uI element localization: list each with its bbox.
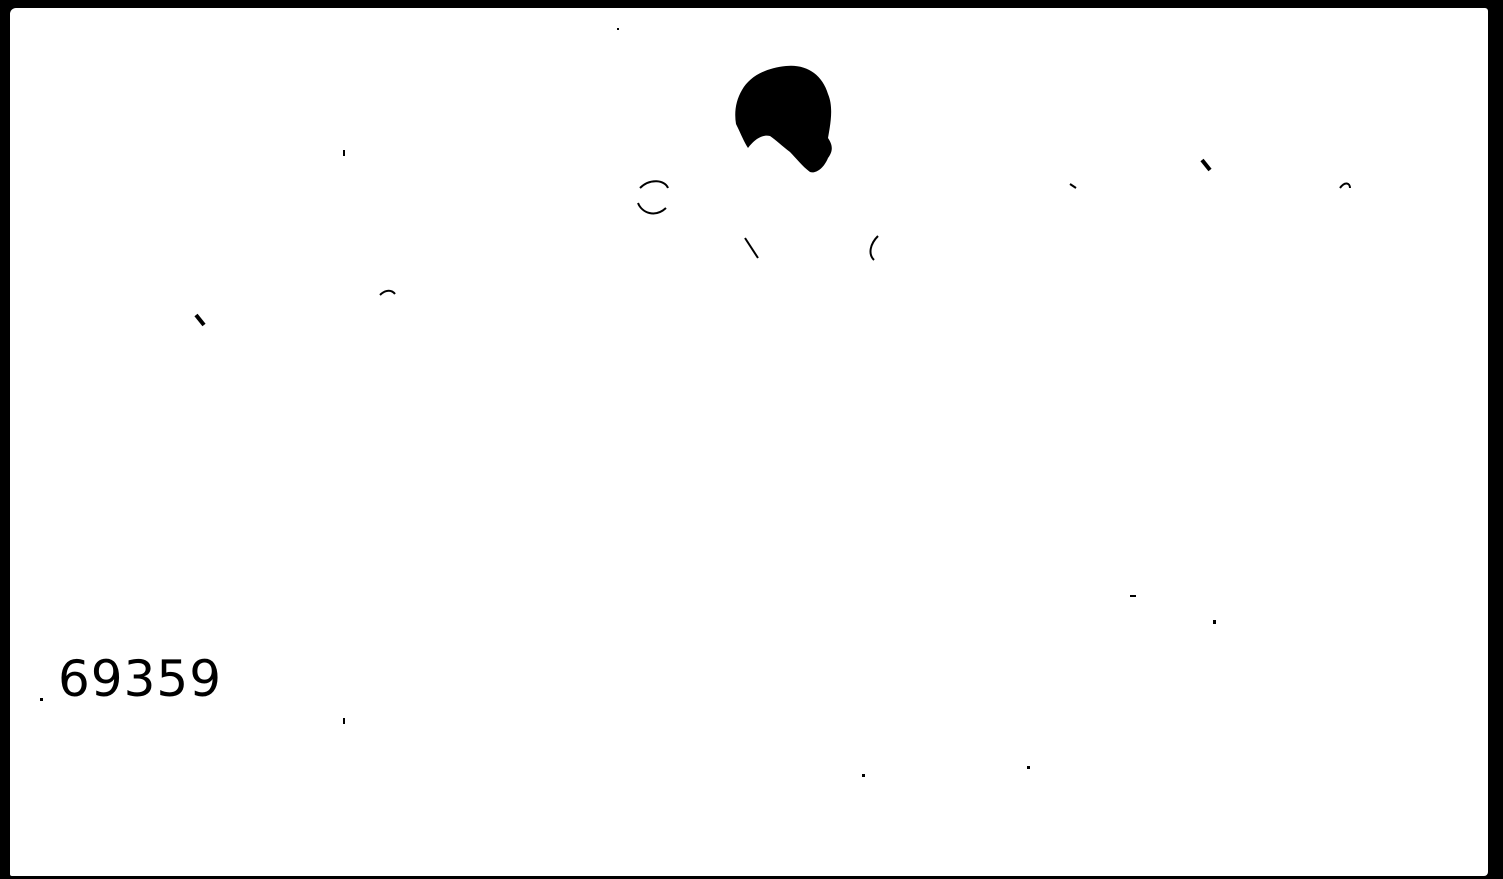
- catalog-number: 69359: [58, 654, 222, 704]
- head-silhouette: [735, 66, 832, 173]
- photo-frame: 69359: [10, 8, 1488, 876]
- photo-scene: [10, 8, 1488, 876]
- scan-marks: [196, 160, 1350, 325]
